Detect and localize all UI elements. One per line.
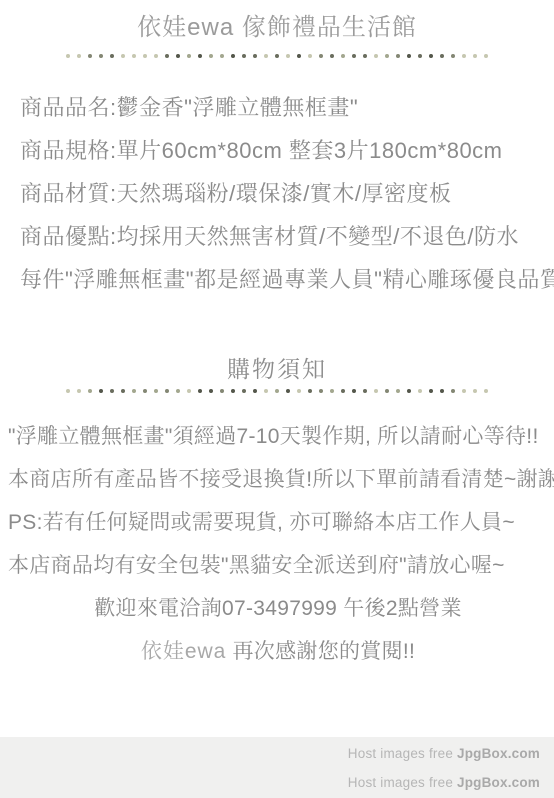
divider-dot [330, 54, 334, 58]
watermark-brand: JpgBox.com [457, 775, 540, 790]
divider-dot [407, 389, 411, 393]
divider-dot [462, 54, 466, 58]
divider-dot [88, 389, 92, 393]
dotted-divider-notice [0, 389, 554, 393]
watermark-text: Host images free [348, 746, 457, 761]
divider-dot [99, 389, 103, 393]
divider-dot [440, 54, 444, 58]
divider-dot [352, 389, 356, 393]
divider-dot [110, 54, 114, 58]
divider-dot [88, 54, 92, 58]
divider-dot [110, 389, 114, 393]
notice-production-time-line: "浮雕立體無框畫"須經過7-10天製作期, 所以請耐心等待!! [8, 424, 548, 450]
notice-contact-line: PS:若有任何疑問或需要現貨, 亦可聯絡本店工作人員~ [8, 510, 548, 536]
divider-dot [242, 389, 246, 393]
divider-dot [253, 54, 257, 58]
divider-dot [341, 389, 345, 393]
divider-dot [418, 389, 422, 393]
divider-dot [154, 389, 158, 393]
shopping-notice-title: 購物須知 [0, 355, 554, 383]
divider-dot [484, 389, 488, 393]
divider-dot [187, 54, 191, 58]
divider-dot [319, 389, 323, 393]
divider-dot [451, 54, 455, 58]
product-size-line: 商品規格:單片60cm*80cm 整套3片180cm*80cm [20, 138, 544, 164]
notice-no-return-line: 本商店所有產品皆不接受退換貨!所以下單前請看清楚~謝謝! [8, 467, 548, 493]
product-quality-line: 每件"浮雕無框畫"都是經過專業人員"精心雕琢優良品質" [20, 267, 544, 293]
phone-line: 歡迎來電洽詢07-3497999 午後2點營業 [8, 596, 548, 622]
watermark-text: Host images free [348, 775, 457, 790]
watermark-line: Host images free JpgBox.com [0, 739, 554, 768]
divider-dot [242, 54, 246, 58]
notice-packaging-line: 本店商品均有安全包裝"黑貓安全派送到府"請放心喔~ [8, 553, 548, 579]
divider-dot [330, 389, 334, 393]
divider-dot [132, 389, 136, 393]
divider-dot [165, 54, 169, 58]
divider-dot [363, 54, 367, 58]
watermark-strip: Host images free JpgBox.com Host images … [0, 737, 554, 798]
divider-dot [66, 389, 70, 393]
divider-dot [77, 54, 81, 58]
divider-dot [418, 54, 422, 58]
divider-dot [121, 54, 125, 58]
divider-dot [440, 389, 444, 393]
store-title: 依娃ewa 傢飾禮品生活館 [0, 0, 554, 43]
divider-dot [198, 389, 202, 393]
divider-dot [385, 389, 389, 393]
thanks-line: 依娃ewa 再次感謝您的賞閱!! [8, 639, 548, 665]
divider-dot [231, 54, 235, 58]
divider-dot [385, 54, 389, 58]
divider-dot [473, 389, 477, 393]
divider-dot [308, 389, 312, 393]
divider-dot [275, 54, 279, 58]
divider-dot [209, 54, 213, 58]
divider-dot [297, 389, 301, 393]
divider-dot [297, 54, 301, 58]
store-name: 依娃ewa [141, 640, 227, 663]
shopping-notice-section: "浮雕立體無框畫"須經過7-10天製作期, 所以請耐心等待!! 本商店所有產品皆… [0, 424, 554, 665]
thanks-text: 再次感謝您的賞閱!! [226, 640, 415, 663]
divider-dot [462, 389, 466, 393]
product-description-page: 依娃ewa 傢飾禮品生活館 商品品名:鬱金香"浮雕立體無框畫" 商品規格:單片6… [0, 0, 554, 798]
divider-dot [374, 54, 378, 58]
divider-dot [77, 389, 81, 393]
divider-dot [121, 389, 125, 393]
divider-dot [143, 54, 147, 58]
divider-dot [363, 389, 367, 393]
divider-dot [176, 54, 180, 58]
divider-dot [319, 54, 323, 58]
divider-dot [451, 389, 455, 393]
divider-dot [264, 54, 268, 58]
dotted-divider-top [0, 54, 554, 58]
product-name-line: 商品品名:鬱金香"浮雕立體無框畫" [20, 95, 544, 121]
divider-dot [220, 389, 224, 393]
divider-dot [253, 389, 257, 393]
divider-dot [374, 389, 378, 393]
divider-dot [429, 54, 433, 58]
divider-dot [198, 54, 202, 58]
divider-dot [231, 389, 235, 393]
watermark-brand: JpgBox.com [457, 746, 540, 761]
divider-dot [132, 54, 136, 58]
divider-dot [99, 54, 103, 58]
divider-dot [154, 54, 158, 58]
divider-dot [165, 389, 169, 393]
product-info-section: 商品品名:鬱金香"浮雕立體無框畫" 商品規格:單片60cm*80cm 整套3片1… [0, 95, 554, 293]
product-features-line: 商品優點:均採用天然無害材質/不變型/不退色/防水 [20, 224, 544, 250]
divider-dot [264, 389, 268, 393]
watermark-line: Host images free JpgBox.com [0, 768, 554, 797]
divider-dot [396, 389, 400, 393]
divider-dot [352, 54, 356, 58]
divider-dot [429, 389, 433, 393]
divider-dot [407, 54, 411, 58]
divider-dot [220, 54, 224, 58]
divider-dot [286, 54, 290, 58]
divider-dot [176, 389, 180, 393]
divider-dot [275, 389, 279, 393]
product-material-line: 商品材質:天然瑪瑙粉/環保漆/實木/厚密度板 [20, 181, 544, 207]
divider-dot [286, 389, 290, 393]
divider-dot [341, 54, 345, 58]
divider-dot [396, 54, 400, 58]
divider-dot [143, 389, 147, 393]
divider-dot [473, 54, 477, 58]
divider-dot [308, 54, 312, 58]
divider-dot [187, 389, 191, 393]
divider-dot [66, 54, 70, 58]
divider-dot [484, 54, 488, 58]
divider-dot [209, 389, 213, 393]
